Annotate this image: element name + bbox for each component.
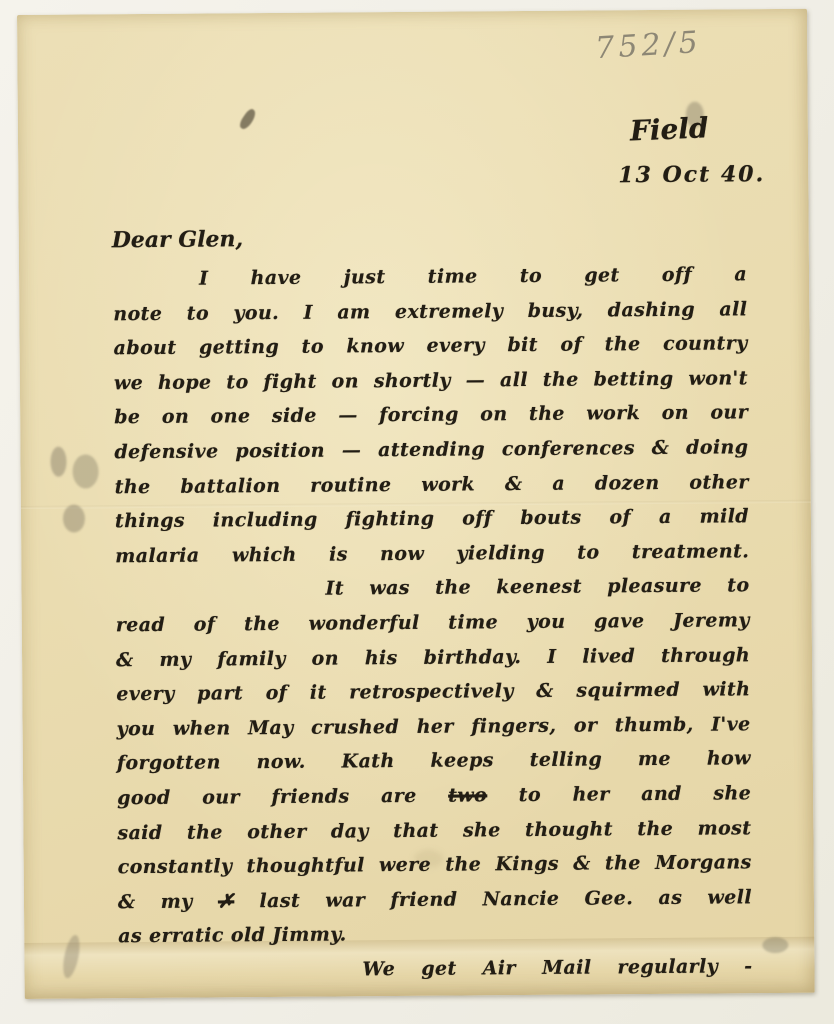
letter-line: said the other day that she thought the … [117,813,751,853]
pencil-smudge [63,504,85,532]
letter-text: I have just time to get off a [199,263,747,289]
letter-line: malaria which is now yielding to treatme… [115,536,749,576]
letter-line: defensive position — attending conferenc… [114,432,748,472]
letter-line: good our friends are two to her and she [117,778,751,818]
letter-line: & my family on his birthday. I lived thr… [116,640,750,680]
letter-text: we hope to fight on shortly — all the be… [114,367,748,394]
letter-line: We get Air Mail regularly - [362,951,752,989]
letter-line: every part of it retrospectively & squir… [116,674,750,714]
dateline-date: 13 Oct 40. [618,161,765,188]
letter-line: the battalion routine work & a dozen oth… [115,467,749,507]
letter-text: constantly thoughtful were the Kings & t… [118,851,752,878]
letter-text: about getting to know every bit of the c… [114,332,748,359]
letter-text: said the other day that she thought the … [117,817,751,844]
letter-line: forgotten now. Kath keeps telling me how [117,744,751,784]
letter-line: I have just time to get off a [199,259,747,298]
letter-body: I have just time to get off anote to you… [113,259,753,990]
letter-text: read of the wonderful time you gave Jere… [116,609,750,636]
letter-line: things including fighting off bouts of a… [115,501,749,541]
letter-text: the battalion routine work & a dozen oth… [115,471,749,498]
pencil-smudge [50,447,66,477]
letter-text: forgotten now. Kath keeps telling me how [117,748,751,775]
archive-reference-number: 752/5 [594,25,702,66]
pencil-smudge [72,454,98,488]
letter-line: It was the keenest pleasure to [325,571,749,609]
letter-text: malaria which is now yielding to treatme… [115,540,749,567]
letter-text: & my [118,890,218,913]
letter-text: defensive position — attending conferenc… [114,436,748,463]
ink-smudge [237,107,258,131]
letter-text: every part of it retrospectively & squir… [116,678,750,705]
letter-line: about getting to know every bit of the c… [114,328,748,368]
letter-text: good our friends are [117,785,448,810]
letter-line: constantly thoughtful were the Kings & t… [118,847,752,887]
letter-text: as erratic old Jimmy. [118,924,346,948]
letter-line: you when May crushed her fingers, or thu… [116,709,750,749]
letter-text: We get Air Mail regularly - [362,955,752,980]
struck-out-word: two [448,784,487,806]
letter-text: It was the keenest pleasure to [325,575,749,600]
letter-text: note to you. I am extremely busy, dashin… [113,298,747,325]
letter-text: & my family on his birthday. I lived thr… [116,644,750,671]
letter-page: 752/5 Field 13 Oct 40. Dear Glen, I have… [17,9,815,999]
letter-text: things including fighting off bouts of a… [115,505,749,532]
letter-line: be on one side — forcing on the work on … [114,398,748,438]
struck-out-word: ✗ [218,890,235,912]
pencil-smudge [762,937,788,953]
letter-line: we hope to fight on shortly — all the be… [114,363,748,403]
letter-line: & my ✗ last war friend Nancie Gee. as we… [118,882,752,922]
letter-line: read of the wonderful time you gave Jere… [116,605,750,645]
letter-text: be on one side — forcing on the work on … [114,402,748,429]
letter-text: last war friend Nancie Gee. as well [234,886,752,912]
letter-text: to her and she [487,782,751,806]
salutation: Dear Glen, [112,226,244,253]
letter-line: as erratic old Jimmy. [118,917,752,957]
letter-text: you when May crushed her fingers, or thu… [117,713,751,740]
letter-line: note to you. I am extremely busy, dashin… [113,294,747,334]
dateline-place: Field [629,111,709,147]
